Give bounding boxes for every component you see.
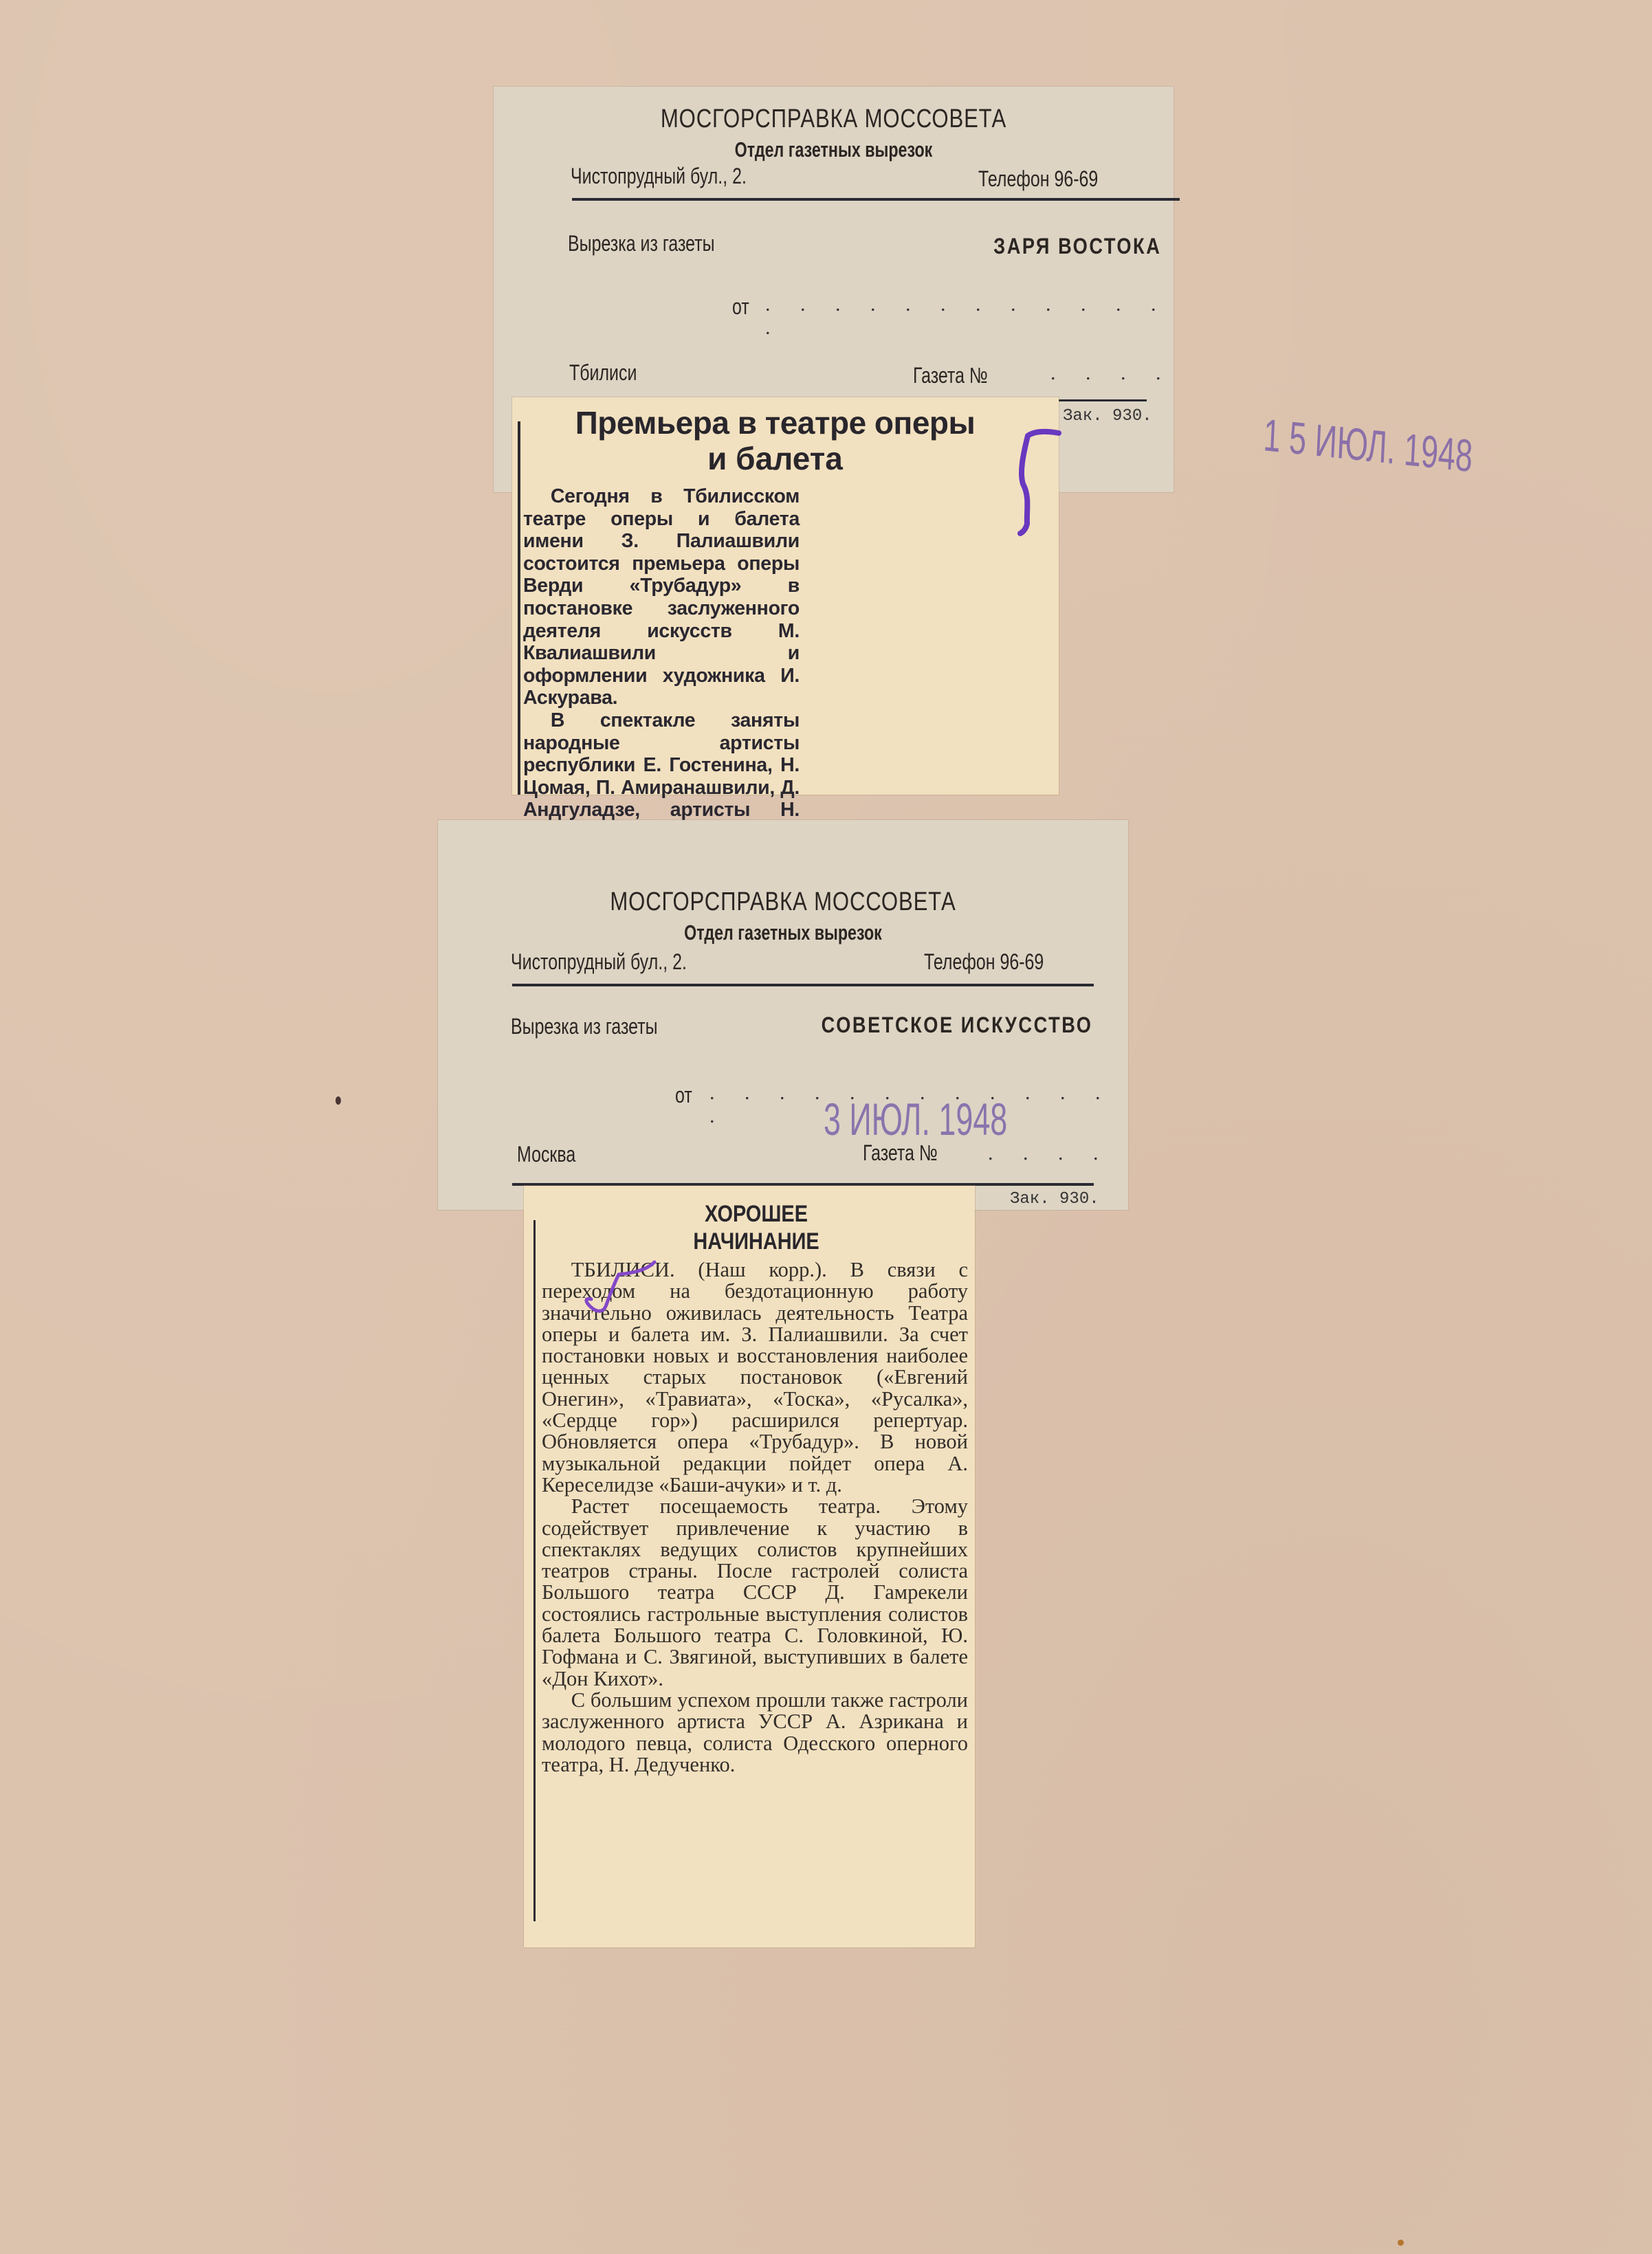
form-org-name: МОСГОРСПРАВКА МОССОВЕТА xyxy=(500,887,1066,917)
form-from-label: от xyxy=(675,1083,692,1108)
article-column-rule xyxy=(533,1220,536,1921)
article-paragraph: С большим успехом прошли также гастроли … xyxy=(542,1690,968,1776)
handwritten-number-5-mark xyxy=(577,1258,667,1320)
article-headline-line-2: НАЧИНАНИЕ xyxy=(571,1228,943,1255)
form-gazette-number-dots: . . . . xyxy=(988,1142,1111,1165)
article-paragraph: Сегодня в Тбилисском театре оперы и бале… xyxy=(523,485,800,709)
form-org-name: МОСГОРСПРАВКА МОССОВЕТА xyxy=(555,104,1112,134)
form-from-label: от xyxy=(732,294,749,320)
paper-speck xyxy=(335,1096,341,1105)
article-body-text: ТБИЛИСИ. (Наш корр.). В связи с переходо… xyxy=(542,1259,968,1776)
form-order-number: Зак. 930. xyxy=(1063,407,1152,426)
clipping-form-2: МОСГОРСПРАВКА МОССОВЕТА Отдел газетных в… xyxy=(438,820,1128,1210)
article-paragraph: Растет посещаемость театра. Этому содейс… xyxy=(542,1496,968,1690)
form-city: Москва xyxy=(517,1142,575,1167)
form-cut-label: Вырезка из газеты xyxy=(568,231,715,256)
article-headline-line-1: Премьера в театре оперы xyxy=(540,404,1011,441)
article-headline-line-1: ХОРОШЕЕ xyxy=(571,1201,943,1228)
form-city: Тбилиси xyxy=(569,360,637,386)
form-cut-label: Вырезка из газеты xyxy=(511,1014,658,1039)
form-divider-bottom xyxy=(1057,399,1147,401)
date-stamp-2: 3 ИЮЛ. 1948 xyxy=(824,1093,1007,1145)
form-gazette-number-dots: . . . . xyxy=(1050,362,1174,385)
form-department: Отдел газетных вырезок xyxy=(579,137,1089,162)
form-order-number: Зак. 930. xyxy=(1010,1190,1099,1208)
paper-speck xyxy=(1398,2240,1404,2246)
form-divider xyxy=(572,198,1180,201)
form-department: Отдел газетных вырезок xyxy=(525,920,1042,945)
form-phone: Телефон 96-69 xyxy=(924,949,1044,975)
article-column-rule xyxy=(518,421,520,795)
date-stamp: 1 5 ИЮЛ. 1948 xyxy=(1262,408,1474,482)
form-gazette-number-label: Газета № xyxy=(913,363,988,388)
form-phone: Телефон 96-69 xyxy=(978,166,1098,192)
handwritten-number-5-mark xyxy=(1016,421,1071,538)
form-newspaper-name: СОВЕТСКОЕ ИСКУССТВО xyxy=(821,1013,1092,1038)
form-newspaper-name: ЗАРЯ ВОСТОКА xyxy=(993,234,1161,259)
form-from-dots: . . . . . . . . . . . . . xyxy=(765,293,1174,340)
form-address: Чистопрудный бул., 2. xyxy=(571,164,747,189)
form-divider xyxy=(512,984,1094,986)
article-headline-line-2: и балета xyxy=(540,440,1011,477)
article-clipping-1: Премьера в театре оперы и балета Сегодня… xyxy=(512,397,1059,795)
form-address: Чистопрудный бул., 2. xyxy=(511,949,687,975)
